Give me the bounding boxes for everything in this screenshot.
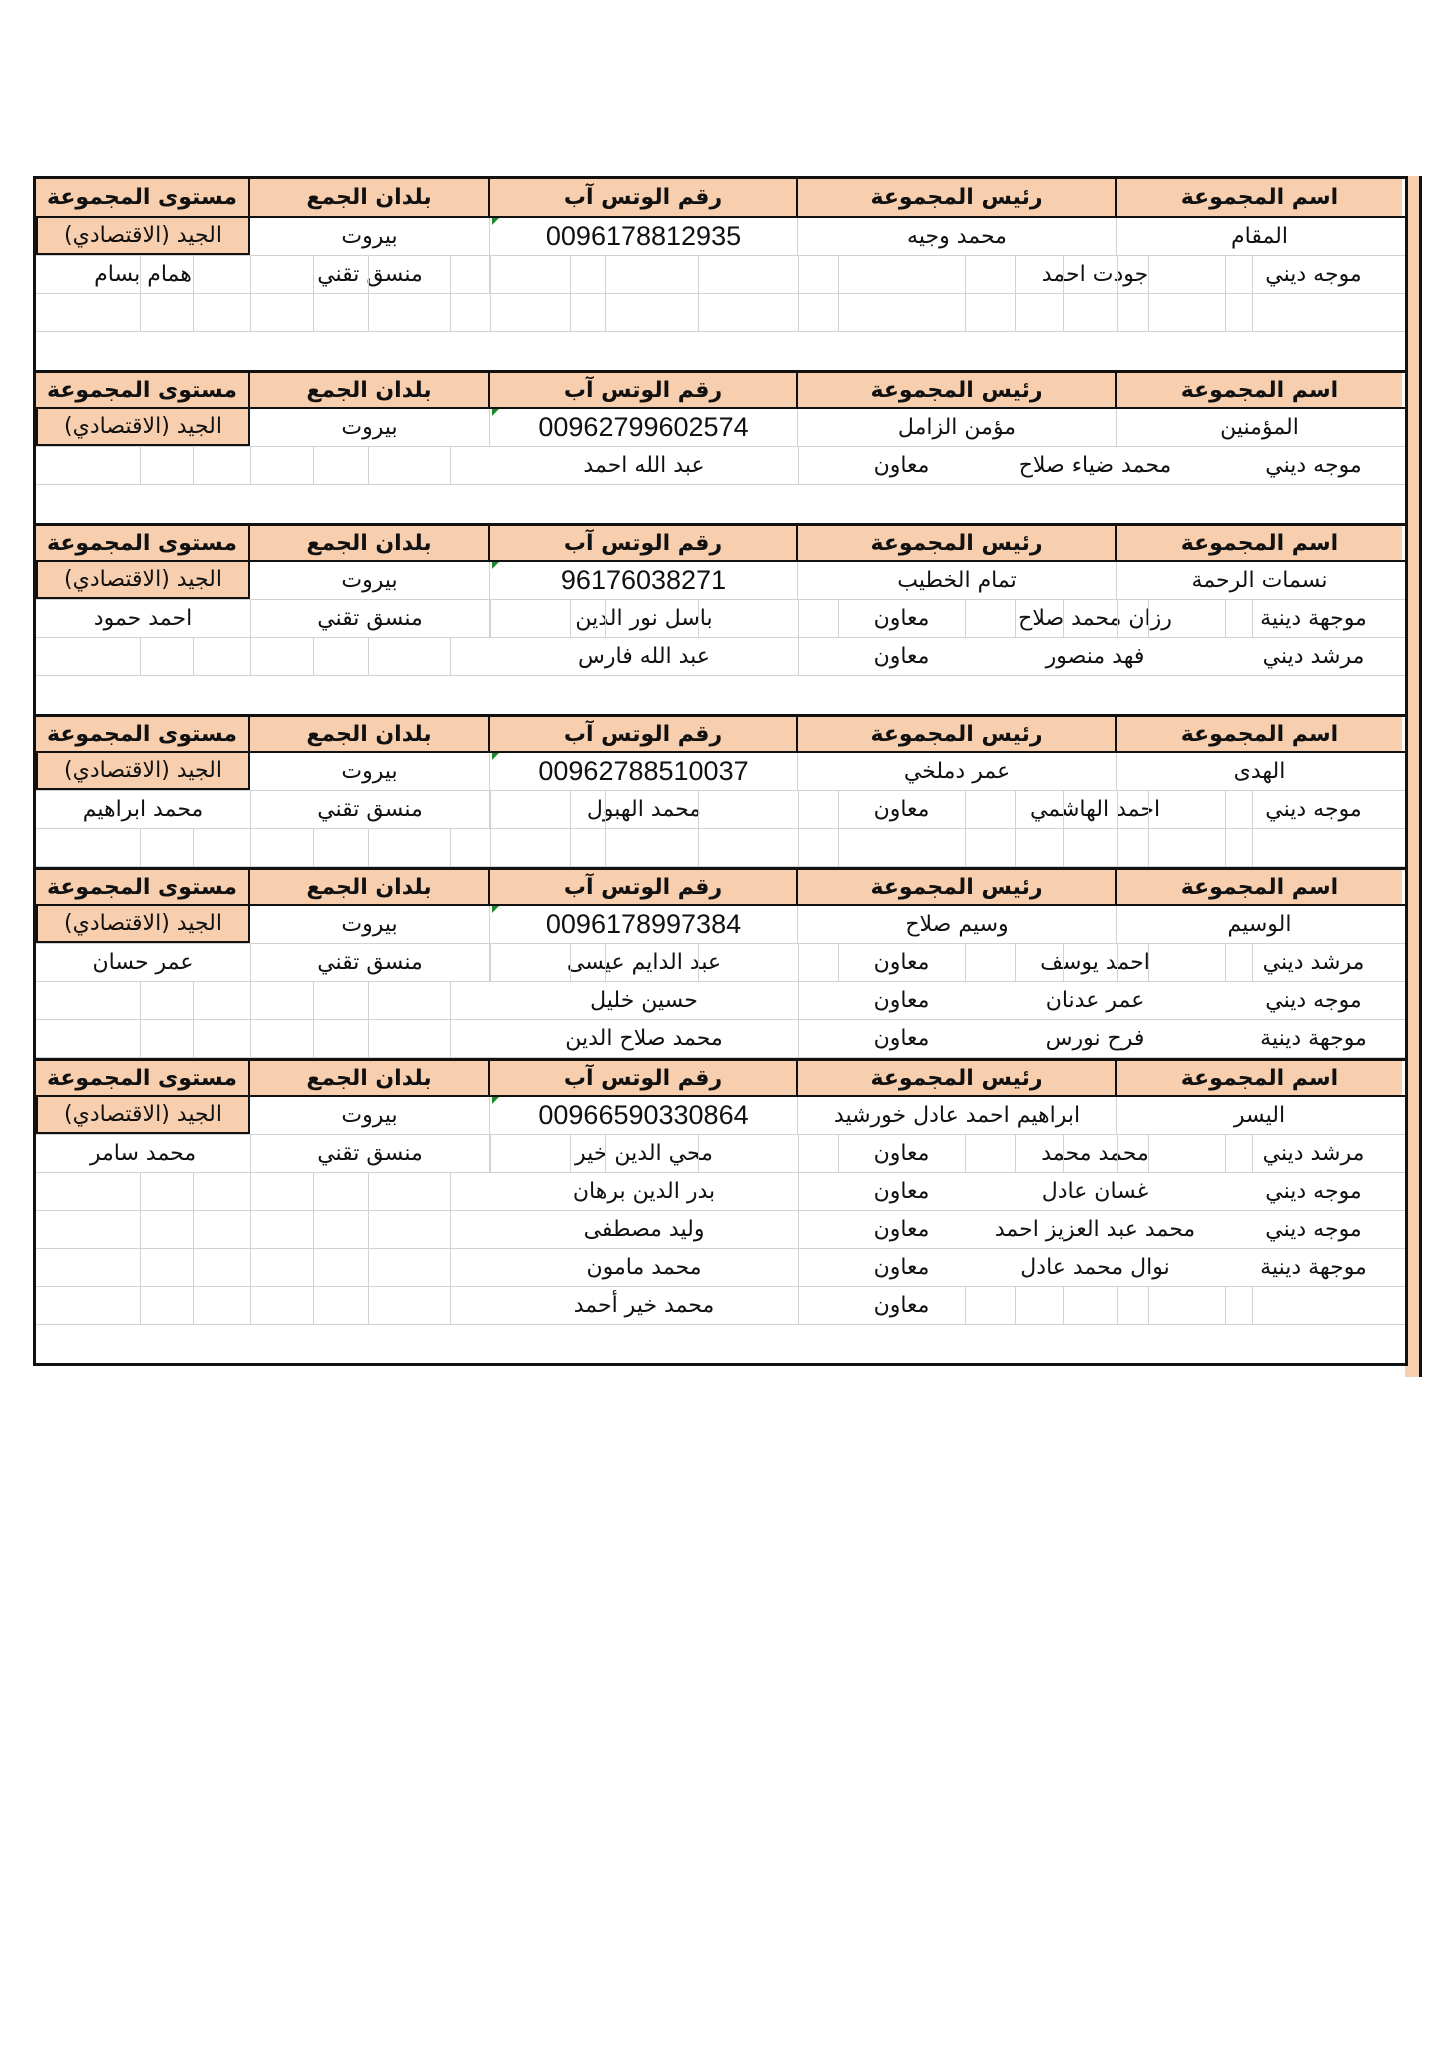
group-leader-cell[interactable]: تمام الخطيب	[798, 562, 1117, 599]
leader-header: رئيس المجموعة	[798, 717, 1117, 751]
group-level-cell[interactable]: الجيد (الاقتصادي)	[36, 409, 250, 446]
gridline	[570, 944, 571, 981]
gridline	[140, 1173, 141, 1210]
gridline	[1252, 1287, 1253, 1324]
member-name-cell[interactable]: فرح نورس	[965, 1020, 1225, 1057]
member-name-cell[interactable]: عمر عدنان	[965, 982, 1225, 1019]
countries-cell[interactable]: بيروت	[250, 1097, 490, 1134]
gridline	[1225, 1135, 1226, 1172]
gridline	[368, 256, 369, 293]
group-name-cell[interactable]: المقام	[1117, 218, 1402, 255]
whatsapp-header: رقم الوتس آب	[490, 179, 798, 216]
level-header: مستوى المجموعة	[36, 1061, 250, 1095]
gridline	[798, 791, 799, 828]
gridline	[313, 1249, 314, 1286]
member-role-cell[interactable]: موجه ديني	[1225, 1211, 1402, 1248]
gridline	[965, 1287, 966, 1324]
assistant-role-cell[interactable]: معاون	[838, 944, 965, 981]
gridline	[193, 1020, 194, 1057]
assistant-role-cell[interactable]: معاون	[838, 982, 965, 1019]
assistant-name-cell[interactable]: عبد الله فارس	[490, 638, 798, 675]
gridline	[698, 256, 699, 293]
gridline	[193, 829, 194, 866]
group-level-cell[interactable]: الجيد (الاقتصادي)	[36, 906, 250, 943]
gridline	[570, 1135, 571, 1172]
gridline	[570, 294, 571, 331]
member-name-cell[interactable]: رزان محمد صلاح	[965, 600, 1225, 637]
assistant-name-cell[interactable]: محمد صلاح الدين	[490, 1020, 798, 1057]
assistant-role-cell[interactable]: معاون	[838, 1173, 965, 1210]
member-row: موجه دينيمحمد عبد العزيز احمدمعاونوليد م…	[36, 1211, 1405, 1249]
whatsapp-number-cell[interactable]: 96176038271	[490, 562, 798, 599]
gridline	[1063, 600, 1064, 637]
gridline	[1252, 944, 1253, 981]
gridline	[450, 1287, 451, 1324]
gridline	[250, 1249, 251, 1286]
assistant-role-cell[interactable]: معاون	[838, 1287, 965, 1324]
gridline	[450, 1211, 451, 1248]
gridline	[965, 600, 966, 637]
spacer-row	[36, 1325, 1405, 1363]
gridline	[193, 1287, 194, 1324]
assistant-name-cell[interactable]: محي الدين خير	[490, 1135, 798, 1172]
gridline	[838, 1135, 839, 1172]
assistant-role-cell[interactable]: معاون	[838, 447, 965, 484]
header-row: مستوى المجموعةبلدان الجمعرقم الوتس آبرئي…	[36, 370, 1405, 409]
group-info-row: الجيد (الاقتصادي)بيروت0096178812935محمد …	[36, 218, 1405, 256]
gridline	[193, 1211, 194, 1248]
group-leader-cell[interactable]: محمد وجيه	[798, 218, 1117, 255]
leader-header: رئيس المجموعة	[798, 373, 1117, 407]
header-row: مستوى المجموعةبلدان الجمعرقم الوتس آبرئي…	[36, 1058, 1405, 1097]
gridline	[1063, 944, 1064, 981]
gridline	[140, 1249, 141, 1286]
gridline	[490, 944, 491, 981]
gridline	[1225, 829, 1226, 866]
gridline	[1063, 1135, 1064, 1172]
group-block: مستوى المجموعةبلدان الجمعرقم الوتس آبرئي…	[36, 179, 1405, 370]
group-block: مستوى المجموعةبلدان الجمعرقم الوتس آبرئي…	[36, 523, 1405, 714]
gridline	[450, 294, 451, 331]
gridline	[140, 294, 141, 331]
gridline	[490, 791, 491, 828]
member-role-cell[interactable]: موجهة دينية	[1225, 1249, 1402, 1286]
gridline	[838, 600, 839, 637]
comment-indicator-icon	[492, 1097, 499, 1104]
comment-indicator-icon	[492, 906, 499, 913]
gridline	[1225, 256, 1226, 293]
whatsapp-number-cell[interactable]: 0096178997384	[490, 906, 798, 943]
gridline	[605, 256, 606, 293]
level-header: مستوى المجموعة	[36, 179, 250, 216]
assistant-name-cell[interactable]: محمد مامون	[490, 1249, 798, 1286]
assistant-name-cell[interactable]: عبد الله احمد	[490, 447, 798, 484]
member-row: موجه دينيعمر عدنانمعاونحسين خليل	[36, 982, 1405, 1020]
level-header: مستوى المجموعة	[36, 717, 250, 751]
gridline	[1252, 294, 1253, 331]
member-name-cell[interactable]: فهد منصور	[965, 638, 1225, 675]
gridline	[250, 1287, 251, 1324]
gridline	[1015, 256, 1016, 293]
group-info-row: الجيد (الاقتصادي)بيروت00966590330864ابرا…	[36, 1097, 1405, 1135]
gridline	[965, 829, 966, 866]
gridline	[313, 1020, 314, 1057]
tech-role-cell[interactable]: منسق تقني	[250, 791, 490, 828]
gridline	[798, 294, 799, 331]
gridline	[1148, 294, 1149, 331]
gridline	[1148, 1287, 1149, 1324]
assistant-name-cell[interactable]: بدر الدين برهان	[490, 1173, 798, 1210]
group-leader-cell[interactable]: وسيم صلاح	[798, 906, 1117, 943]
group-level-cell[interactable]: الجيد (الاقتصادي)	[36, 562, 250, 599]
group-name-cell[interactable]: اليسر	[1117, 1097, 1402, 1134]
assistant-role-cell[interactable]: معاون	[838, 1020, 965, 1057]
countries-cell[interactable]: بيروت	[250, 753, 490, 790]
gridline	[368, 447, 369, 484]
gridline	[1117, 294, 1118, 331]
gridline	[1148, 256, 1149, 293]
countries-cell[interactable]: بيروت	[250, 562, 490, 599]
group-block: مستوى المجموعةبلدان الجمعرقم الوتس آبرئي…	[36, 1058, 1405, 1363]
assistant-name-cell[interactable]: باسل نور الدين	[490, 600, 798, 637]
countries-header: بلدان الجمع	[250, 870, 490, 904]
gridline	[838, 944, 839, 981]
group-leader-cell[interactable]: ابراهيم احمد عادل خورشيد	[798, 1097, 1117, 1134]
gridline	[368, 638, 369, 675]
gridline	[193, 982, 194, 1019]
gridline	[450, 1249, 451, 1286]
gridline	[250, 638, 251, 675]
gridline	[313, 294, 314, 331]
gridline	[698, 791, 699, 828]
comment-indicator-icon	[492, 218, 499, 225]
member-row: موجه دينيمحمد ضياء صلاحمعاونعبد الله احم…	[36, 447, 1405, 485]
level-header: مستوى المجموعة	[36, 526, 250, 560]
gridline	[965, 1135, 966, 1172]
level-header: مستوى المجموعة	[36, 373, 250, 407]
header-row: مستوى المجموعةبلدان الجمعرقم الوتس آبرئي…	[36, 523, 1405, 562]
gridline	[1252, 1135, 1253, 1172]
group-info-row: الجيد (الاقتصادي)بيروت00962788510037عمر …	[36, 753, 1405, 791]
countries-header: بلدان الجمع	[250, 717, 490, 751]
gridline	[570, 791, 571, 828]
gridline	[838, 829, 839, 866]
gridline	[1225, 1287, 1226, 1324]
gridline	[368, 982, 369, 1019]
tech-role-cell[interactable]: منسق تقني	[250, 600, 490, 637]
assistant-role-cell[interactable]: معاون	[838, 600, 965, 637]
gridline	[450, 447, 451, 484]
spacer-row	[36, 676, 1405, 714]
gridline	[450, 982, 451, 1019]
gridline	[570, 600, 571, 637]
tech-name-cell[interactable]: همام بسام	[36, 256, 250, 293]
gridline	[490, 829, 491, 866]
whatsapp-header: رقم الوتس آب	[490, 717, 798, 751]
group-level-cell[interactable]: الجيد (الاقتصادي)	[36, 1097, 250, 1134]
gridline	[798, 1020, 799, 1057]
gridline	[140, 1211, 141, 1248]
gridline	[1225, 600, 1226, 637]
gridline	[193, 256, 194, 293]
assistant-role-cell[interactable]: معاون	[838, 1211, 965, 1248]
member-row: مرشد دينياحمد يوسفمعاونعبد الدايم عيسىمن…	[36, 944, 1405, 982]
leader-header: رئيس المجموعة	[798, 1061, 1117, 1095]
comment-indicator-icon	[492, 409, 499, 416]
gridline	[570, 829, 571, 866]
group-name-cell[interactable]: نسمات الرحمة	[1117, 562, 1402, 599]
name-header: اسم المجموعة	[1117, 526, 1402, 560]
gridline	[193, 1173, 194, 1210]
gridline	[313, 638, 314, 675]
gridline	[250, 294, 251, 331]
member-row: موجهة دينيةفرح نورسمعاونمحمد صلاح الدين	[36, 1020, 1405, 1058]
whatsapp-header: رقم الوتس آب	[490, 1061, 798, 1095]
leader-header: رئيس المجموعة	[798, 179, 1117, 216]
assistant-role-cell[interactable]: معاون	[838, 1135, 965, 1172]
gridline	[798, 600, 799, 637]
gridline	[250, 829, 251, 866]
gridline	[798, 1211, 799, 1248]
gridline	[1117, 944, 1118, 981]
gridline	[140, 256, 141, 293]
gridline	[313, 256, 314, 293]
gridline	[1015, 829, 1016, 866]
whatsapp-header: رقم الوتس آب	[490, 870, 798, 904]
header-row: مستوى المجموعةبلدان الجمعرقم الوتس آبرئي…	[36, 179, 1405, 218]
member-name-cell[interactable]: محمد ضياء صلاح	[965, 447, 1225, 484]
gridline	[838, 294, 839, 331]
gridline	[605, 1135, 606, 1172]
gridline	[193, 1249, 194, 1286]
whatsapp-number-cell[interactable]: 00962799602574	[490, 409, 798, 446]
member-name-cell[interactable]: جودت احمد	[965, 256, 1225, 293]
tech-name-cell[interactable]: محمد سامر	[36, 1135, 250, 1172]
member-role-cell[interactable]: موجه ديني	[1225, 447, 1402, 484]
gridline	[838, 791, 839, 828]
gridline	[1063, 1287, 1064, 1324]
gridline	[1148, 829, 1149, 866]
gridline	[368, 1173, 369, 1210]
gridline	[250, 447, 251, 484]
assistant-role-cell[interactable]: معاون	[838, 638, 965, 675]
countries-header: بلدان الجمع	[250, 1061, 490, 1095]
whatsapp-header: رقم الوتس آب	[490, 373, 798, 407]
gridline	[965, 256, 966, 293]
group-block: مستوى المجموعةبلدان الجمعرقم الوتس آبرئي…	[36, 714, 1405, 867]
gridline	[250, 982, 251, 1019]
countries-header: بلدان الجمع	[250, 179, 490, 216]
gridline	[838, 256, 839, 293]
gridline	[798, 447, 799, 484]
tech-name-cell[interactable]: احمد حمود	[36, 600, 250, 637]
member-row: موجهة دينيةنوال محمد عادلمعاونمحمد مامون	[36, 1249, 1405, 1287]
assistant-role-cell[interactable]: معاون	[838, 791, 965, 828]
gridline	[368, 1287, 369, 1324]
member-name-cell[interactable]: احمد الهاشمي	[965, 791, 1225, 828]
gridline	[450, 256, 451, 293]
gridline	[798, 829, 799, 866]
gridline	[193, 447, 194, 484]
gridline	[965, 294, 966, 331]
assistant-name-cell[interactable]: محمد خير أحمد	[490, 1287, 798, 1324]
gridline	[368, 1020, 369, 1057]
gridline	[605, 791, 606, 828]
gridline	[1148, 791, 1149, 828]
tech-name-cell[interactable]: محمد ابراهيم	[36, 791, 250, 828]
header-row: مستوى المجموعةبلدان الجمعرقم الوتس آبرئي…	[36, 714, 1405, 753]
member-role-cell[interactable]: مرشد ديني	[1225, 638, 1402, 675]
gridline	[450, 638, 451, 675]
gridline	[1225, 791, 1226, 828]
member-role-cell[interactable]: موجهة دينية	[1225, 1020, 1402, 1057]
assistant-name-cell[interactable]: محمد الهبول	[490, 791, 798, 828]
gridline	[450, 1020, 451, 1057]
gridline	[193, 294, 194, 331]
gridline	[490, 256, 491, 293]
comment-indicator-icon	[492, 562, 499, 569]
gridline	[450, 1173, 451, 1210]
group-leader-cell[interactable]: مؤمن الزامل	[798, 409, 1117, 446]
group-info-row: الجيد (الاقتصادي)بيروت00962799602574مؤمن…	[36, 409, 1405, 447]
gridline	[965, 944, 966, 981]
level-header: مستوى المجموعة	[36, 870, 250, 904]
assistant-name-cell[interactable]: عبد الدايم عيسى	[490, 944, 798, 981]
gridline	[140, 829, 141, 866]
gridline	[1063, 829, 1064, 866]
gridline	[1117, 791, 1118, 828]
member-row	[36, 829, 1405, 867]
gridline	[313, 829, 314, 866]
member-row: موجه دينيجودت احمدمنسق تقنيهمام بسام	[36, 256, 1405, 294]
gridline	[1015, 294, 1016, 331]
gridline	[1117, 256, 1118, 293]
gridline	[798, 1135, 799, 1172]
group-level-cell[interactable]: الجيد (الاقتصادي)	[36, 753, 250, 790]
member-role-cell[interactable]: موجه ديني	[1225, 1173, 1402, 1210]
whatsapp-header: رقم الوتس آب	[490, 526, 798, 560]
group-leader-cell[interactable]: عمر دملخي	[798, 753, 1117, 790]
tech-role-cell[interactable]: منسق تقني	[250, 256, 490, 293]
gridline	[490, 1135, 491, 1172]
countries-cell[interactable]: بيروت	[250, 409, 490, 446]
gridline	[698, 294, 699, 331]
gridline	[1117, 829, 1118, 866]
gridline	[313, 447, 314, 484]
group-name-cell[interactable]: الهدى	[1117, 753, 1402, 790]
gridline	[368, 294, 369, 331]
gridline	[140, 982, 141, 1019]
member-role-cell[interactable]: موجه ديني	[1225, 982, 1402, 1019]
gridline	[250, 1173, 251, 1210]
countries-cell[interactable]: بيروت	[250, 218, 490, 255]
member-row: معاونمحمد خير أحمد	[36, 1287, 1405, 1325]
comment-indicator-icon	[492, 753, 499, 760]
group-name-cell[interactable]: المؤمنين	[1117, 409, 1402, 446]
member-row: موجه دينيغسان عادلمعاونبدر الدين برهان	[36, 1173, 1405, 1211]
leader-header: رئيس المجموعة	[798, 526, 1117, 560]
gridline	[1148, 600, 1149, 637]
gridline	[1225, 294, 1226, 331]
gridline	[605, 294, 606, 331]
spacer-row	[36, 485, 1405, 523]
group-info-row: الجيد (الاقتصادي)بيروت96176038271تمام ال…	[36, 562, 1405, 600]
gridline	[140, 1020, 141, 1057]
gridline	[140, 1287, 141, 1324]
gridline	[1117, 600, 1118, 637]
tech-role-cell[interactable]: منسق تقني	[250, 1135, 490, 1172]
gridline	[605, 600, 606, 637]
countries-cell[interactable]: بيروت	[250, 906, 490, 943]
gridline	[1063, 791, 1064, 828]
gridline	[1015, 1287, 1016, 1324]
group-info-row: الجيد (الاقتصادي)بيروت0096178997384وسيم …	[36, 906, 1405, 944]
gridline	[698, 944, 699, 981]
member-name-cell[interactable]: محمد عبد العزيز احمد	[965, 1211, 1225, 1248]
gridline	[368, 1249, 369, 1286]
gridline	[1252, 791, 1253, 828]
gridline	[698, 1135, 699, 1172]
leader-header: رئيس المجموعة	[798, 870, 1117, 904]
name-header: اسم المجموعة	[1117, 870, 1402, 904]
gridline	[798, 638, 799, 675]
gridline	[450, 829, 451, 866]
member-name-cell[interactable]: محمد محمد	[965, 1135, 1225, 1172]
assistant-name-cell[interactable]: وليد مصطفى	[490, 1211, 798, 1248]
group-level-cell[interactable]: الجيد (الاقتصادي)	[36, 218, 250, 255]
gridline	[313, 1211, 314, 1248]
member-row: موجه دينياحمد الهاشميمعاونمحمد الهبولمنس…	[36, 791, 1405, 829]
gridline	[798, 1249, 799, 1286]
gridline	[1063, 294, 1064, 331]
tech-name-cell[interactable]: عمر حسان	[36, 944, 250, 981]
member-row: مرشد دينيمحمد محمدمعاونمحي الدين خيرمنسق…	[36, 1135, 1405, 1173]
gridline	[1225, 944, 1226, 981]
gridline	[798, 1173, 799, 1210]
gridline	[798, 256, 799, 293]
whatsapp-number-cell[interactable]: 00966590330864	[490, 1097, 798, 1134]
assistant-name-cell[interactable]: حسين خليل	[490, 982, 798, 1019]
member-name-cell[interactable]: احمد يوسف	[965, 944, 1225, 981]
gridline	[605, 829, 606, 866]
assistant-role-cell[interactable]: معاون	[838, 1249, 965, 1286]
whatsapp-number-cell[interactable]: 0096178812935	[490, 218, 798, 255]
gridline	[605, 944, 606, 981]
spacer-row	[36, 332, 1405, 370]
gridline	[1063, 256, 1064, 293]
group-block: مستوى المجموعةبلدان الجمعرقم الوتس آبرئي…	[36, 370, 1405, 523]
gridline	[1252, 829, 1253, 866]
gridline	[140, 638, 141, 675]
tech-role-cell[interactable]: منسق تقني	[250, 944, 490, 981]
name-header: اسم المجموعة	[1117, 1061, 1402, 1095]
gridline	[193, 638, 194, 675]
member-name-cell[interactable]: نوال محمد عادل	[965, 1249, 1225, 1286]
whatsapp-number-cell[interactable]: 00962788510037	[490, 753, 798, 790]
gridline	[250, 1020, 251, 1057]
group-block: مستوى المجموعةبلدان الجمعرقم الوتس آبرئي…	[36, 867, 1405, 1058]
gridline	[965, 791, 966, 828]
gridline	[1252, 256, 1253, 293]
gridline	[1148, 944, 1149, 981]
gridline	[1015, 600, 1016, 637]
member-name-cell[interactable]: غسان عادل	[965, 1173, 1225, 1210]
gridline	[1015, 1135, 1016, 1172]
group-name-cell[interactable]: الوسيم	[1117, 906, 1402, 943]
gridline	[250, 1211, 251, 1248]
name-header: اسم المجموعة	[1117, 373, 1402, 407]
gridline	[698, 829, 699, 866]
